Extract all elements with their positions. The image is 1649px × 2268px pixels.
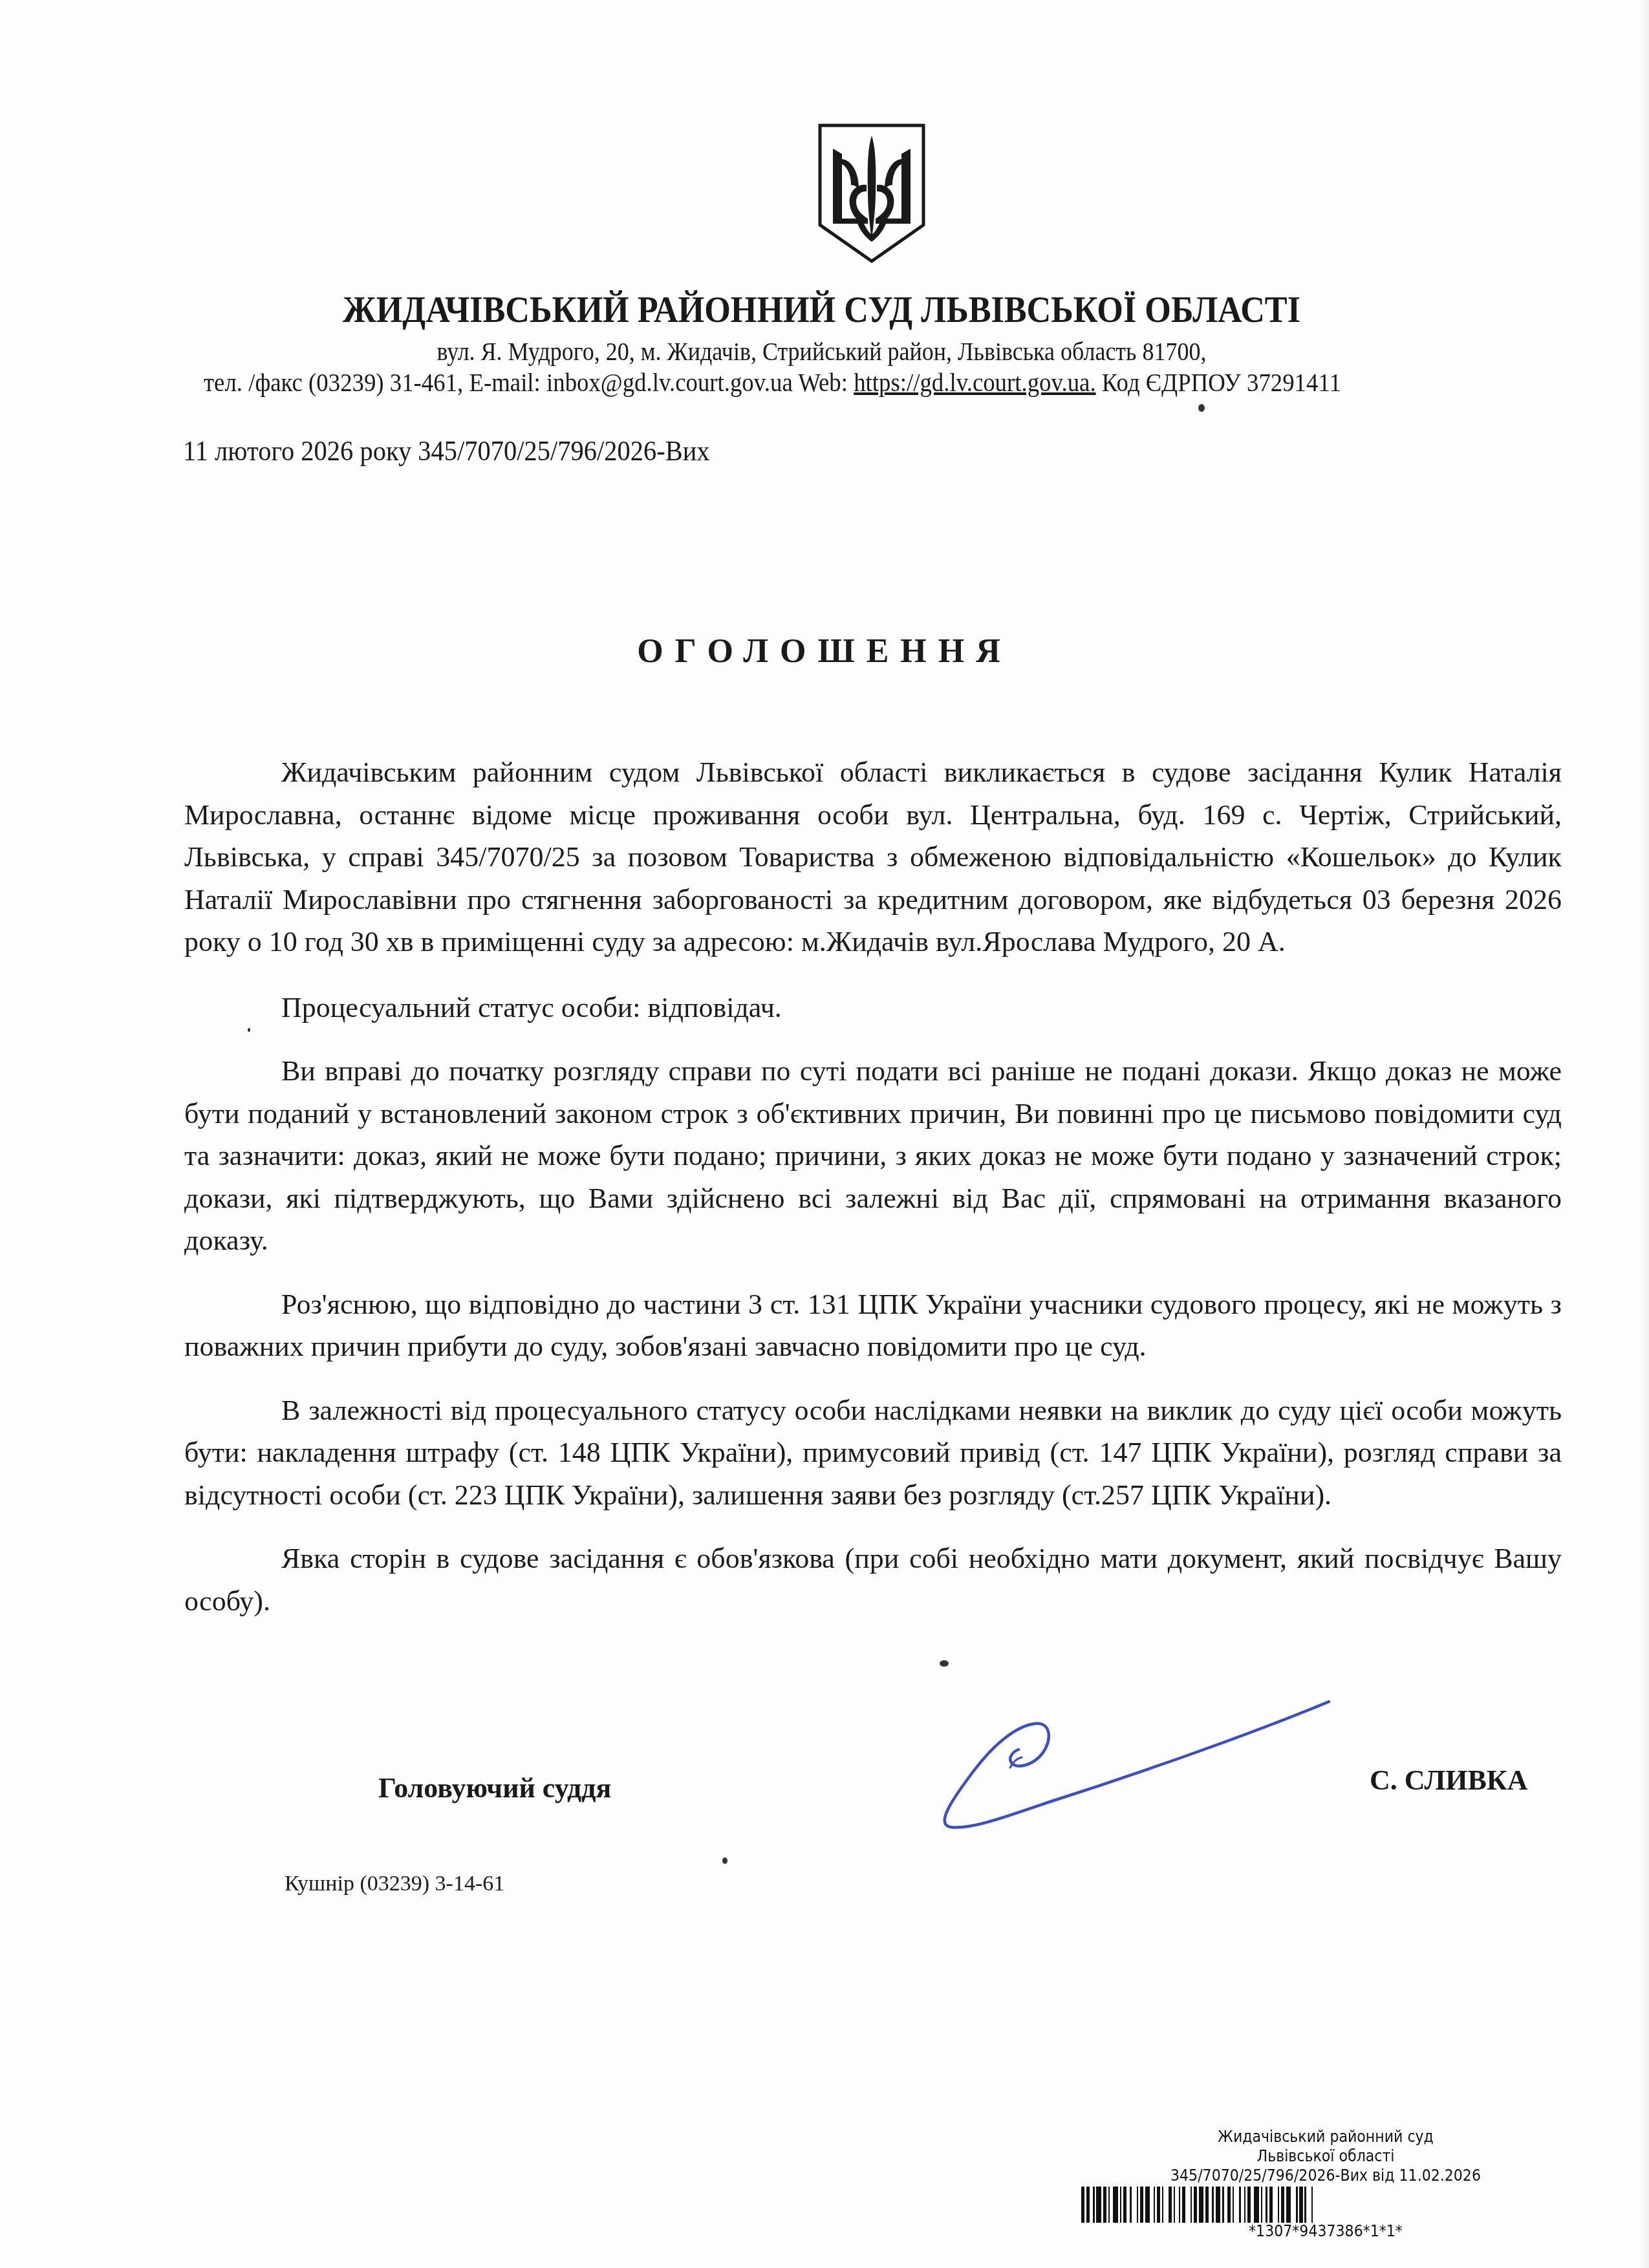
court-contacts: тел. /факс (03239) 31-461, E-mail: inbox…	[204, 367, 1513, 398]
scan-speck	[722, 1857, 727, 1864]
paragraph-attendance: Явка сторін в судове засідання є обов'яз…	[184, 1537, 1562, 1622]
paragraph-consequences: В залежності від процесуального статусу …	[184, 1389, 1562, 1517]
paragraph-evidence: Ви вправі до початку розгляду справи по …	[184, 1050, 1562, 1262]
scan-edge-shadow	[1640, 0, 1649, 2268]
registration-stamp: Жидачівський районний суд Львівської обл…	[1073, 2127, 1578, 2241]
scan-speck	[248, 1028, 250, 1032]
paragraph-explanation: Роз'яснюю, що відповідно до частини 3 ст…	[184, 1283, 1562, 1368]
court-address: вул. Я. Мудрого, 20, м. Жидачів, Стрийсь…	[80, 336, 1564, 367]
paragraph-procedural-status: Процесуальний статус особи: відповідач.	[184, 987, 1562, 1029]
edrpou-code: Код ЄДРПОУ 37291411	[1096, 368, 1341, 397]
document-page: ЖИДАЧІВСЬКИЙ РАЙОННИЙ СУД ЛЬВІВСЬКОЇ ОБЛ…	[0, 0, 1649, 2268]
judge-name: С. СЛИВКА	[1370, 1764, 1528, 1797]
court-website-link[interactable]: https://gd.lv.court.gov.ua.	[854, 368, 1095, 397]
announcement-body: Жидачівським районним судом Львівської о…	[184, 751, 1562, 1643]
judge-position: Головуючий суддя	[378, 1771, 611, 1804]
document-title: ОГОЛОШЕННЯ	[0, 632, 1649, 670]
coat-of-arms-icon	[816, 122, 927, 265]
scan-speck	[940, 1660, 949, 1667]
barcode-icon	[1081, 2187, 1570, 2223]
stamp-court-line2: Львівської області	[1094, 2146, 1558, 2166]
signature-block: Головуючий суддя С. СЛИВКА	[0, 1746, 1649, 1823]
outgoing-date-number: 11 лютого 2026 року 345/7070/25/796/2026…	[183, 434, 710, 467]
stamp-court-line1: Жидачівський районний суд	[1094, 2127, 1558, 2146]
paragraph-summons: Жидачівським районним судом Львівської о…	[184, 751, 1562, 963]
contacts-phone-email: тел. /факс (03239) 31-461, E-mail: inbox…	[204, 368, 854, 397]
court-name-heading: ЖИДАЧІВСЬКИЙ РАЙОННИЙ СУД ЛЬВІВСЬКОЇ ОБЛ…	[80, 288, 1564, 331]
executor-contact: Кушнір (03239) 3-14-61	[285, 1872, 504, 1896]
barcode-text: *1307*9437386*1*1*	[1094, 2221, 1558, 2241]
scan-speck	[1198, 404, 1205, 412]
stamp-reg-number: 345/7070/25/796/2026-Вих від 11.02.2026	[1094, 2166, 1558, 2185]
